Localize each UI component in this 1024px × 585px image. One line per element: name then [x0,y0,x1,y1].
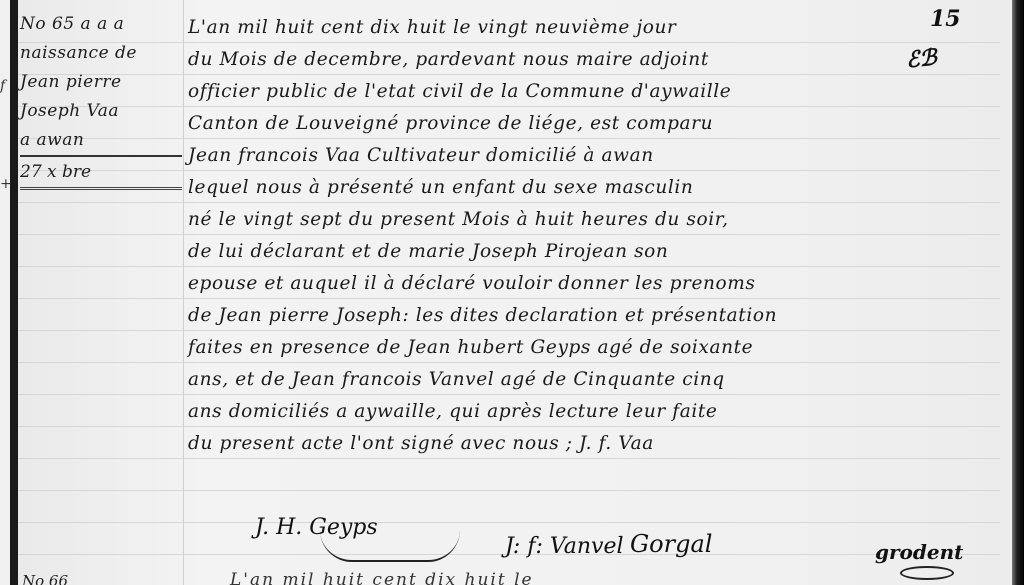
body-line: ans domiciliés a aywaille, qui après lec… [188,396,978,428]
body-line: epouse et auquel il à déclaré vouloir do… [188,268,978,300]
body-line: faites en presence de Jean hubert Geyps … [188,332,978,364]
margin-line: naissance de [20,39,182,68]
body-line: de Jean pierre Joseph: les dites declara… [188,300,978,332]
margin-annotation: No 65 a a a naissance de Jean pierre Jos… [20,10,182,190]
body-line: officier public de l'etat civil de la Co… [188,76,978,108]
body-line: L'an mil huit cent dix huit le vingt neu… [188,12,978,44]
margin-date: 27 x bre [20,157,182,190]
margin-line: Jean pierre [20,68,182,97]
next-entry-text: L'an mil huit cent dix huit le [230,570,534,585]
facing-page-mark: f [0,78,5,94]
next-entry-number: No 66 [22,572,68,585]
signature-officer: grodent [875,540,963,564]
body-line: de lui déclarant et de marie Joseph Piro… [188,236,978,268]
register-page: f + No 65 a a a naissance de Jean pierre… [0,0,1012,585]
margin-rule [183,0,184,585]
signature-flourish [900,566,954,580]
signature-initials: J: f: Vanvel [505,534,624,559]
body-line: du Mois de decembre, pardevant nous mair… [188,44,978,76]
margin-line: Joseph Vaa [20,97,182,126]
body-line: Jean francois Vaa Cultivateur domicilié … [188,140,978,172]
body-line: ans, et de Jean francois Vanvel agé de C… [188,364,978,396]
entry-number: No 65 a a a [20,10,182,39]
signature-flourish [320,530,460,562]
body-line: né le vingt sept du present Mois à huit … [188,204,978,236]
signature-gorgal: Gorgal [630,530,712,558]
ruled-line [18,490,1000,491]
binding-margin-bar [10,0,18,585]
body-line: Canton de Louveigné province de liége, e… [188,108,978,140]
facing-page-mark: + [0,176,12,192]
body-line: lequel nous à présenté un enfant du sexe… [188,172,978,204]
entry-body: L'an mil huit cent dix huit le vingt neu… [188,12,978,460]
margin-line: a awan [20,126,182,157]
body-line: du present acte l'ont signé avec nous ; … [188,428,978,460]
ruled-line [18,522,1000,523]
scan-edge [1012,0,1024,585]
